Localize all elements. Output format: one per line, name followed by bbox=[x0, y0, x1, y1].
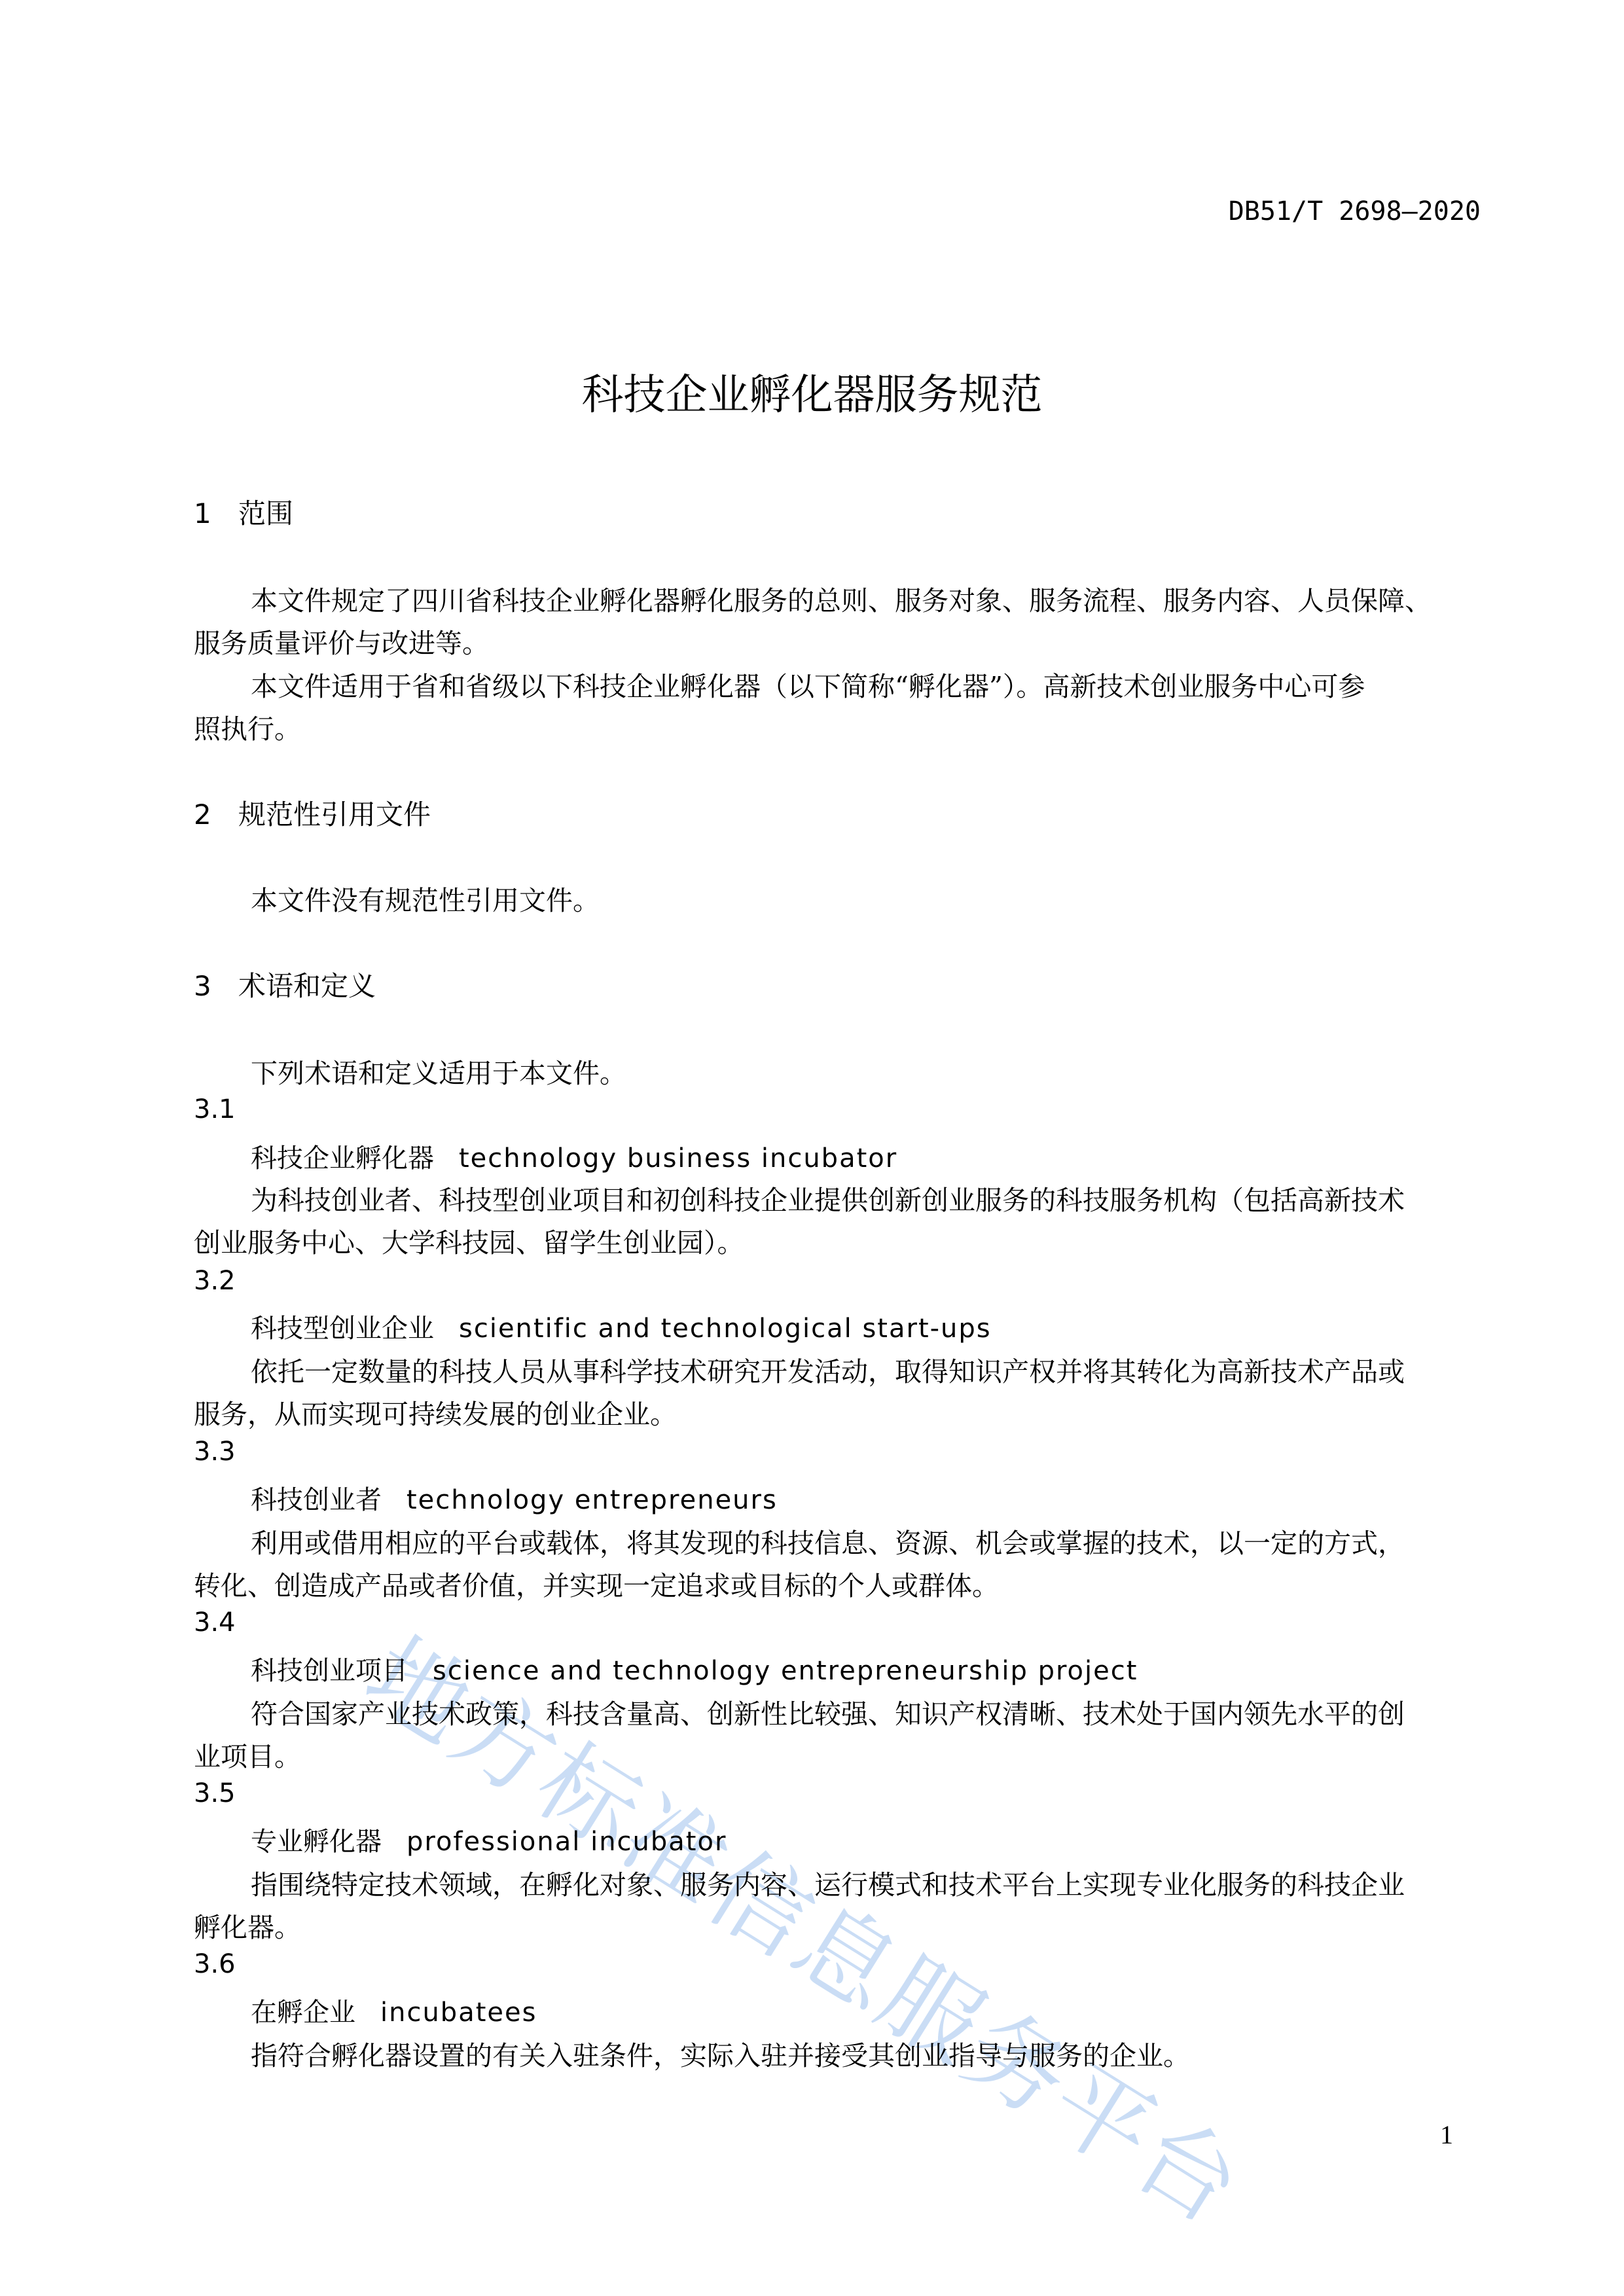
term-zh: 科技型创业企业 bbox=[251, 1314, 434, 1344]
definition-line: 指符合孵化器设置的有关入驻条件，实际入驻并接受其创业指导与服务的企业。 bbox=[251, 2034, 1190, 2073]
definition-line: 服务，从而实现可持续发展的创业企业。 bbox=[194, 1393, 677, 1431]
paragraph-line: 本文件没有规范性引用文件。 bbox=[251, 879, 600, 918]
term-entry: 科技型创业企业scientific and technological star… bbox=[251, 1308, 992, 1345]
standard-code: DB51/T 2698—2020 bbox=[1229, 196, 1481, 226]
definition-line: 为科技创业者、科技型创业项目和初创科技企业提供创新创业服务的科技服务机构（包括高… bbox=[251, 1179, 1405, 1217]
term-zh: 科技企业孵化器 bbox=[251, 1143, 434, 1174]
paragraph-line: 服务质量评价与改进等。 bbox=[194, 622, 489, 660]
term-en: incubatees bbox=[380, 1998, 537, 2028]
term-entry: 科技创业者technology entrepreneurs bbox=[251, 1479, 778, 1516]
term-entry: 科技企业孵化器technology business incubator bbox=[251, 1138, 897, 1175]
paragraph-line: 本文件规定了四川省科技企业孵化器孵化服务的总则、服务对象、服务流程、服务内容、人… bbox=[251, 579, 1432, 618]
document-page: 地方标准信息服务平台 DB51/T 2698—2020 科技企业孵化器服务规范 … bbox=[0, 0, 1624, 2296]
section-title: 范围 bbox=[238, 497, 293, 529]
section-number: 2 bbox=[194, 798, 238, 831]
definition-line: 业项目。 bbox=[194, 1735, 301, 1774]
term-en: technology entrepreneurs bbox=[406, 1485, 778, 1515]
paragraph-line: 本文件适用于省和省级以下科技企业孵化器（以下简称“孵化器”）。高新技术创业服务中… bbox=[251, 665, 1365, 704]
term-en: professional incubator bbox=[406, 1827, 727, 1857]
section-title: 规范性引用文件 bbox=[238, 798, 431, 831]
page-number: 1 bbox=[1440, 2119, 1453, 2150]
term-entry: 科技创业项目science and technology entrepreneu… bbox=[251, 1650, 1138, 1687]
paragraph-line: 下列术语和定义适用于本文件。 bbox=[251, 1052, 626, 1090]
term-en: science and technology entrepreneurship … bbox=[433, 1656, 1138, 1686]
paragraph-line: 照执行。 bbox=[194, 708, 301, 746]
term-zh: 科技创业项目 bbox=[251, 1656, 408, 1686]
term-zh: 科技创业者 bbox=[251, 1485, 382, 1515]
term-entry: 在孵企业incubatees bbox=[251, 1992, 537, 2029]
term-entry: 专业孵化器professional incubator bbox=[251, 1821, 727, 1858]
term-zh: 专业孵化器 bbox=[251, 1827, 382, 1857]
definition-line: 转化、创造成产品或者价值，并实现一定追求或目标的个人或群体。 bbox=[194, 1564, 999, 1603]
definition-line: 利用或借用相应的平台或载体，将其发现的科技信息、资源、机会或掌握的技术，以一定的… bbox=[251, 1522, 1405, 1560]
definition-line: 依托一定数量的科技人员从事科学技术研究开发活动，取得知识产权并将其转化为高新技术… bbox=[251, 1350, 1405, 1389]
section-title: 术语和定义 bbox=[238, 970, 376, 1002]
section-number: 1 bbox=[194, 497, 238, 529]
section-heading-3: 3术语和定义 bbox=[194, 965, 376, 1004]
definition-line: 创业服务中心、大学科技园、留学生创业园）。 bbox=[194, 1221, 744, 1260]
definition-line: 符合国家产业技术政策，科技含量高、创新性比较强、知识产权清晰、技术处于国内领先水… bbox=[251, 1693, 1405, 1731]
term-en: scientific and technological start-ups bbox=[459, 1314, 992, 1344]
section-heading-2: 2规范性引用文件 bbox=[194, 793, 431, 833]
term-number: 3.6 bbox=[194, 1949, 236, 1979]
term-number: 3.2 bbox=[194, 1266, 236, 1296]
definition-line: 孵化器。 bbox=[194, 1906, 301, 1945]
section-number: 3 bbox=[194, 970, 238, 1002]
section-heading-1: 1范围 bbox=[194, 492, 293, 531]
term-number: 3.4 bbox=[194, 1607, 236, 1638]
document-title: 科技企业孵化器服务规范 bbox=[0, 361, 1624, 422]
definition-line: 指围绕特定技术领域，在孵化对象、服务内容、运行模式和技术平台上实现专业化服务的科… bbox=[251, 1863, 1405, 1902]
term-zh: 在孵企业 bbox=[251, 1998, 355, 2028]
term-number: 3.3 bbox=[194, 1437, 236, 1467]
term-number: 3.5 bbox=[194, 1778, 236, 1808]
term-en: technology business incubator bbox=[459, 1143, 897, 1174]
term-number: 3.1 bbox=[194, 1094, 236, 1124]
